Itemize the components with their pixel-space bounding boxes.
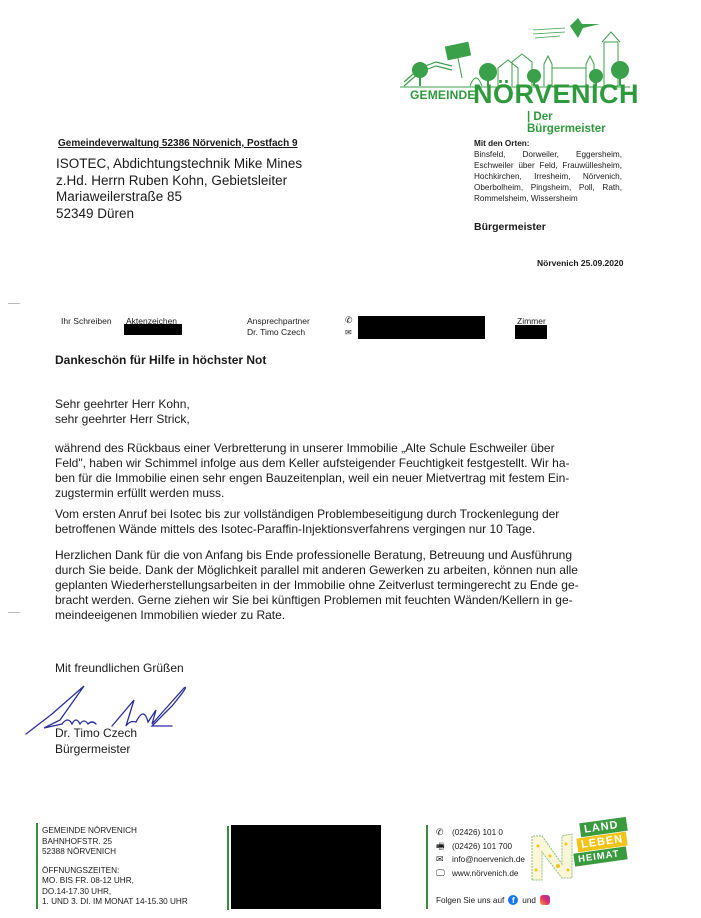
phone-icon: ✆ [345,315,353,326]
phone-icon: ✆ [436,826,452,840]
footer-address-line: BAHNHOFSTR. 25 [42,837,188,848]
logo-subtitle: | Der Bürgermeister [527,111,630,135]
redacted-contact-details [358,316,485,339]
phone-number: (02426) 101 0 [452,826,503,840]
recipient-address: ISOTEC, Abdichtungstechnik Mike Mines z.… [56,156,302,222]
text-line: betroffenen Wände mittels des Isotec-Par… [55,522,615,537]
recipient-line: z.Hd. Herrn Ruben Kohn, Gebietsleiter [56,173,302,190]
text-line: ben für die Immobilie einen sehr engen B… [55,471,615,486]
email-link[interactable]: info@noervenich.de [452,853,525,867]
recipient-line: ISOTEC, Abdichtungstechnik Mike Mines [56,156,302,173]
contact-email[interactable]: ✉info@noervenich.de [436,853,525,867]
opening-hours-line: 1. UND 3. DI. IM MONAT 14-15.30 UHR [42,897,188,908]
recipient-line: Mariaweilerstraße 85 [56,189,302,206]
text-line: Herzlichen Dank für die von Anfang bis E… [55,548,615,563]
follow-and-text: und [522,896,536,905]
letter-date: Nörvenich 25.09.2020 [537,258,623,268]
footer-address: GEMEINDE NÖRVENICH BAHNHOFSTR. 25 52388 … [42,826,188,908]
footer-divider [36,823,38,909]
sender-role: Bürgermeister [474,221,546,233]
text-line: meindeeigenen Immobilien wieder zu Rate. [55,608,615,623]
districts-list: Binsfeld, Dorweiler, Eggersheim, Eschwei… [474,149,622,204]
recipient-line: 52349 Düren [56,206,302,223]
logo-municipality-name: NÖRVENICH [473,79,639,110]
letter-subject: Dankeschön für Hilfe in höchster Not [55,353,266,367]
body-paragraph-1: während des Rückbaus einer Verbretterung… [55,441,615,501]
footer-divider [426,825,428,909]
ref-ansprechpartner-name: Dr. Timo Czech [247,327,305,338]
fax-icon: 🖷 [436,840,452,854]
signatory-name: Dr. Timo Czech [55,726,615,741]
footer-divider [227,826,229,910]
districts-heading: Mit den Orten: [474,138,622,149]
fold-mark-top [8,303,20,304]
website-link[interactable]: www.nörvenich.de [452,867,518,881]
instagram-icon[interactable] [540,895,550,905]
text-line: bracht werden. Gerne ziehen wir Sie bei … [55,593,615,608]
text-line: Feld", haben wir Schimmel infolge aus de… [55,456,615,471]
footer-address-line: GEMEINDE NÖRVENICH [42,826,188,837]
redacted-room [515,325,547,339]
text-line: Vom ersten Anruf bei Isotec bis zur voll… [55,507,615,522]
n-emblem-icon [530,832,574,882]
fax-number: (02426) 101 700 [452,840,512,854]
salutation-line: sehr geehrter Herr Strick, [55,412,615,427]
municipality-logo: GEMEINDE NÖRVENICH | Der Bürgermeister [400,8,630,126]
ref-ihr-schreiben-label: Ihr Schreiben [61,316,112,327]
follow-text: Folgen Sie uns auf [436,896,504,905]
redacted-bank-details [231,825,381,909]
footer-address-line: 52388 NÖRVENICH [42,847,188,858]
closing-greeting: Mit freundlichen Grüßen [55,661,615,676]
contact-website[interactable]: 🖵www.nörvenich.de [436,867,525,881]
opening-hours-line: DO.14-17.30 UHR, [42,887,188,898]
districts-block: Mit den Orten: Binsfeld, Dorweiler, Egge… [474,138,622,204]
mail-icon: ✉ [345,327,352,338]
mail-icon: ✉ [436,853,452,867]
monitor-icon: 🖵 [436,867,452,881]
opening-hours-heading: ÖFFNUNGSZEITEN: [42,866,188,877]
skyline-illustration-icon [400,8,630,90]
facebook-icon[interactable]: f [508,895,518,905]
social-follow: Folgen Sie uns auf f und [436,895,550,905]
body-paragraph-3: Herzlichen Dank für die von Anfang bis E… [55,548,615,623]
text-line: zugstermin erfüllt werden muss. [55,486,615,501]
logo-gemeinde-text: GEMEINDE [410,88,476,102]
slogan-badge: LAND LEBEN HEIMAT [574,820,627,864]
opening-hours-line: MO. BIS FR. 08-12 UHR, [42,876,188,887]
sender-return-address: Gemeindeverwaltung 52386 Nörvenich, Post… [58,138,298,149]
text-line: durch Sie beide. Dank der Möglichkeit pa… [55,563,615,578]
contact-fax: 🖷(02426) 101 700 [436,840,525,854]
footer-contacts: ✆(02426) 101 0 🖷(02426) 101 700 ✉info@no… [436,826,525,880]
signatory-title: Bürgermeister [55,742,615,757]
body-paragraph-2: Vom ersten Anruf bei Isotec bis zur voll… [55,507,615,537]
contact-phone: ✆(02426) 101 0 [436,826,525,840]
salutation: Sehr geehrter Herr Kohn, sehr geehrter H… [55,397,615,427]
redacted-aktenzeichen [124,324,182,335]
text-line: während des Rückbaus einer Verbretterung… [55,441,615,456]
fold-mark-middle [8,612,20,613]
salutation-line: Sehr geehrter Herr Kohn, [55,397,615,412]
ref-ansprechpartner-label: Ansprechpartner [247,316,310,327]
text-line: geplanten Wiederherstellungsarbeiten in … [55,578,615,593]
